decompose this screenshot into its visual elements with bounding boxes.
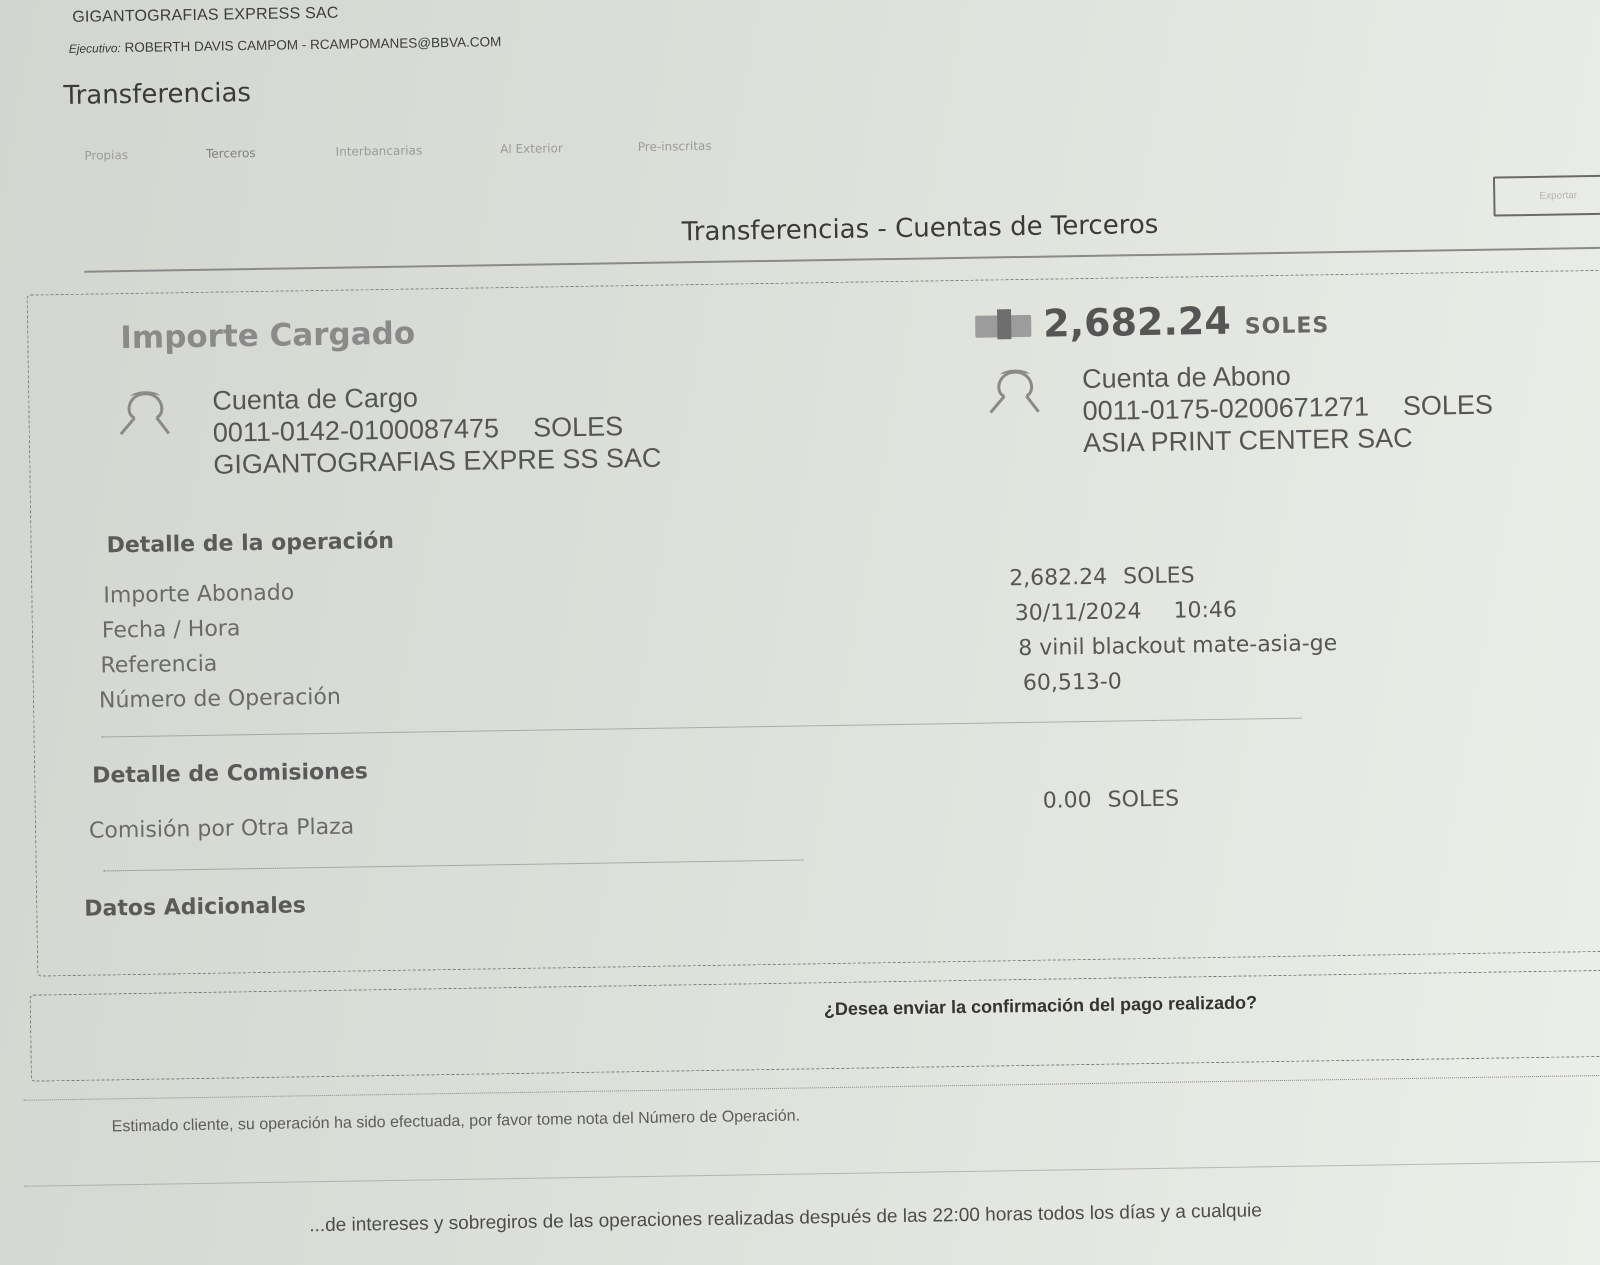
page-heading: Transferencias - Cuentas de Terceros <box>681 210 1158 247</box>
person-icon <box>986 366 1045 421</box>
money-icon <box>975 309 1031 340</box>
transfer-receipt-page: GIGANTOGRAFIAS EXPRESS SAC Ejecutivo: RO… <box>0 0 1600 1265</box>
operation-heading: Detalle de la operación <box>106 529 394 559</box>
value-comision-otra-plaza: 0.00SOLES <box>1043 787 1180 814</box>
value-referencia: 8 vinil blackout mate-asia-ge <box>1018 631 1337 661</box>
amount-currency: SOLES <box>1245 313 1330 339</box>
amount-value: 2,682.24 <box>1043 299 1231 346</box>
tab-terceros[interactable]: Terceros <box>206 146 256 161</box>
importe-label: Importe Cargado <box>120 316 415 357</box>
value-importe-abonado: 2,682.24SOLES <box>1009 563 1195 591</box>
abono-account: Cuenta de Abono 0011-0175-0200671271SOLE… <box>986 357 1494 461</box>
label-numero-operacion: Número de Operación <box>99 685 341 714</box>
executive-info: Ejecutivo: ROBERTH DAVIS CAMPOM - RCAMPO… <box>69 34 502 56</box>
additional-heading: Datos Adicionales <box>84 893 306 921</box>
tab-al-exterior[interactable]: Al Exterior <box>500 141 563 156</box>
transfer-tabs: Propias Terceros Interbancarias Al Exter… <box>84 139 711 163</box>
person-icon <box>116 387 175 442</box>
value-fecha-hora: 30/11/202410:46 <box>1015 598 1238 626</box>
cargo-account-number: 0011-0142-0100087475 <box>213 413 500 447</box>
label-comision-otra-plaza: Comisión por Otra Plaza <box>89 815 355 844</box>
section-title: Transferencias <box>63 78 251 111</box>
cargo-account: Cuenta de Cargo 0011-0142-0100087475SOLE… <box>116 378 662 483</box>
footer-disclaimer: ...de intereses y sobregiros de las oper… <box>309 1200 1262 1237</box>
commissions-heading: Detalle de Comisiones <box>92 759 368 788</box>
executive-label: Ejecutivo: <box>69 41 121 56</box>
company-name: GIGANTOGRAFIAS EXPRESS SAC <box>72 5 339 27</box>
tab-propias[interactable]: Propias <box>84 148 128 163</box>
executive-value: ROBERTH DAVIS CAMPOM - RCAMPOMANES@BBVA.… <box>124 34 501 55</box>
label-fecha-hora: Fecha / Hora <box>102 616 241 643</box>
tab-interbancarias[interactable]: Interbancarias <box>336 143 423 158</box>
heading-divider <box>84 247 1600 273</box>
abono-account-number: 0011-0175-0200671271 <box>1082 392 1369 426</box>
importe-amount: 2,682.24 SOLES <box>975 297 1330 347</box>
abono-currency: SOLES <box>1403 390 1494 421</box>
tab-pre-inscritas[interactable]: Pre-inscritas <box>638 139 712 154</box>
cargo-currency: SOLES <box>533 411 624 442</box>
abono-holder: ASIA PRINT CENTER SAC <box>1083 421 1494 459</box>
value-numero-operacion: 60,513-0 <box>1023 669 1122 696</box>
confirmation-panel <box>30 969 1600 1081</box>
label-referencia: Referencia <box>100 652 217 679</box>
export-button[interactable]: Exportar <box>1493 175 1600 217</box>
label-importe-abonado: Importe Abonado <box>103 580 294 608</box>
